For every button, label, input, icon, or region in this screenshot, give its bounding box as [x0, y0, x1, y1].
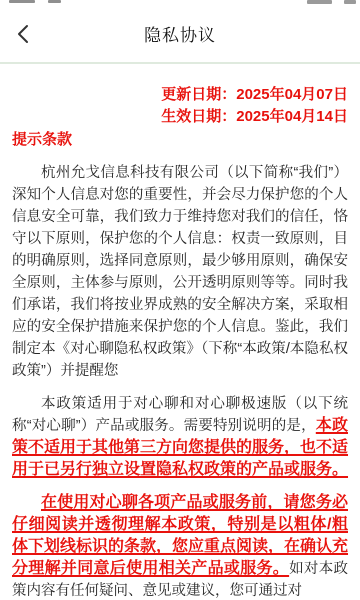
paragraph-text: 本政策适用于对心聊和对心聊极速版（以下统称“对心聊”）产品或服务。需要特别说明的… — [12, 396, 348, 434]
statusbar-fragment — [48, 0, 61, 3]
statusbar-fragment — [9, 0, 35, 3]
navbar: 隐私协议 — [0, 5, 360, 62]
privacy-policy-screen: 隐私协议 更新日期：2025年04月07日 生效日期：2025年04月14日 提… — [0, 0, 360, 600]
page-title: 隐私协议 — [144, 21, 216, 46]
section-title: 提示条款 — [12, 129, 348, 151]
statusbar-fragment — [307, 0, 332, 4]
policy-paragraph-read: 在使用对心聊各项产品或服务前，请您务必仔细阅读并透彻理解本政策，特别是以粗体/粗… — [12, 492, 348, 600]
paragraph-text: 杭州允戈信息科技有限公司（以下简称“我们”）深知个人信息对您的重要性，并会尽力保… — [12, 165, 348, 379]
effective-date: 生效日期：2025年04月14日 — [12, 106, 348, 128]
policy-paragraph-scope: 本政策适用于对心聊和对心聊极速版（以下统称“对心聊”）产品或服务。需要特别说明的… — [12, 393, 348, 481]
policy-scroll-area[interactable]: 更新日期：2025年04月07日 生效日期：2025年04月14日 提示条款 杭… — [0, 64, 360, 600]
updated-date: 更新日期：2025年04月07日 — [12, 84, 348, 106]
policy-paragraph-intro: 杭州允戈信息科技有限公司（以下简称“我们”）深知个人信息对您的重要性，并会尽力保… — [12, 162, 348, 382]
statusbar-fragment — [344, 0, 356, 4]
back-button[interactable] — [8, 16, 37, 52]
back-icon — [16, 24, 29, 44]
